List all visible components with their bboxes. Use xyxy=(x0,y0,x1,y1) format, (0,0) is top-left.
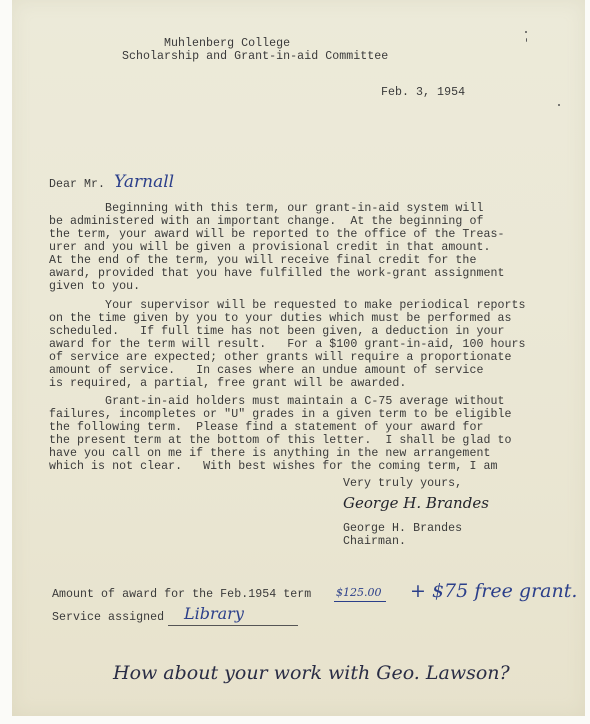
paper-mark xyxy=(526,38,527,42)
valediction: Very truly yours, xyxy=(343,478,462,491)
paragraph-line: award, provided that you have fulfilled … xyxy=(49,268,504,281)
handwritten-recipient-name: Yarnall xyxy=(114,172,174,192)
paragraph-line: scheduled. If full time has not been giv… xyxy=(49,326,504,339)
paragraph-line: the following term. Please find a statem… xyxy=(49,422,483,435)
handwritten-postscript: How about your work with Geo. Lawson? xyxy=(113,662,510,684)
letterhead-committee: Scholarship and Grant-in-aid Committee xyxy=(122,51,388,64)
paragraph-line: amount of service. In cases where an und… xyxy=(49,365,483,378)
paragraph-line: urer and you will be given a provisional… xyxy=(49,242,490,255)
paper-mark xyxy=(525,31,527,33)
letter-date: Feb. 3, 1954 xyxy=(381,87,465,100)
paragraph-line: the present term at the bottom of this l… xyxy=(49,435,512,448)
paragraph-line: have you call on me if there is anything… xyxy=(49,448,490,461)
paragraph-line: the term, your award will be reported to… xyxy=(49,229,504,242)
handwritten-signature: George H. Brandes xyxy=(343,494,489,512)
paragraph-line: on the time given by you to your duties … xyxy=(49,313,512,326)
paragraph-line: Beginning with this term, our grant-in-a… xyxy=(49,203,483,216)
paper-mark xyxy=(558,104,560,106)
paragraph-line: given to you. xyxy=(49,281,140,294)
paragraph-line: award for the term will result. For a $1… xyxy=(49,339,526,352)
paragraph-line: Your supervisor will be requested to mak… xyxy=(49,300,526,313)
award-free-grant-note: + $75 free grant. xyxy=(410,580,577,602)
award-amount-underline xyxy=(334,601,386,602)
letterhead-college: Muhlenberg College xyxy=(164,38,290,51)
paragraph-line: failures, incompletes or "U" grades in a… xyxy=(49,409,512,422)
award-amount-label: Amount of award for the Feb.1954 term xyxy=(52,589,311,602)
signer-name: George H. Brandes xyxy=(343,523,462,536)
paragraph-line: Grant-in-aid holders must maintain a C-7… xyxy=(49,396,504,409)
paragraph-line: of service are expected; other grants wi… xyxy=(49,352,512,365)
salutation: Dear Mr. xyxy=(49,179,105,192)
paragraph-line: be administered with an important change… xyxy=(49,216,483,229)
service-assigned-label: Service assigned xyxy=(52,612,164,625)
paragraph-line: At the end of the term, you will receive… xyxy=(49,255,476,268)
service-assigned-value: Library xyxy=(184,604,244,623)
paragraph-line: is required, a partial, free grant will … xyxy=(49,378,406,391)
award-amount-value: $125.00 xyxy=(336,586,382,599)
service-assigned-underline xyxy=(168,625,298,626)
signer-title: Chairman. xyxy=(343,536,406,549)
paragraph-line: which is not clear. With best wishes for… xyxy=(49,461,497,474)
